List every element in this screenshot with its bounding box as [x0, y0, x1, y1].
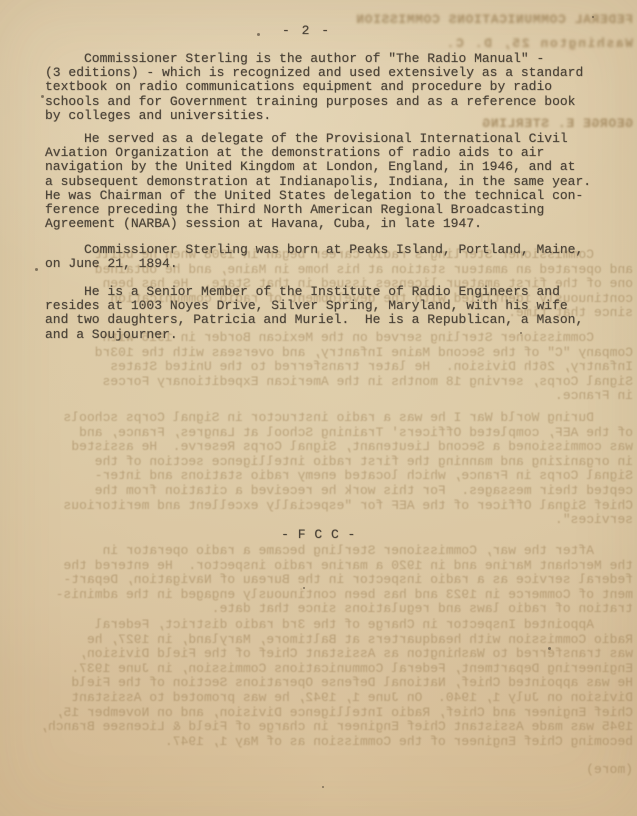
paragraph-residence: He is a Senior Member of the Institute o… — [45, 285, 583, 342]
bleedthrough-more-mark: (more) — [3, 763, 637, 778]
ink-speck — [257, 33, 260, 36]
ink-speck — [592, 16, 594, 18]
bleedthrough-paragraph: After the war, Commissioner Sterling bec… — [3, 544, 637, 617]
bleedthrough-paragraph: Appointed Inspector in Charge of the 3rd… — [3, 618, 637, 749]
ink-speck — [41, 95, 44, 98]
fcc-end-mark: - F C C - — [0, 528, 637, 542]
bleedthrough-paragraph: During World War I he was a radio instru… — [3, 411, 637, 528]
paragraph-author: Commissioner Sterling is the author of "… — [45, 52, 583, 123]
paragraph-born: Commissioner Sterling was born at Peaks … — [45, 243, 583, 271]
ink-speck — [520, 332, 522, 334]
paragraph-delegate: He served as a delegate of the Provision… — [45, 132, 591, 231]
bleedthrough-header-line: Washington 25, D. C. — [3, 37, 635, 52]
ink-speck — [548, 647, 551, 650]
ink-speck — [35, 268, 38, 271]
ink-speck — [322, 786, 324, 788]
document-page: FEDERAL COMMUNICATIONS COMMISSION Washin… — [0, 0, 637, 816]
ink-speck — [303, 587, 305, 589]
page-number: - 2 - — [0, 24, 625, 38]
